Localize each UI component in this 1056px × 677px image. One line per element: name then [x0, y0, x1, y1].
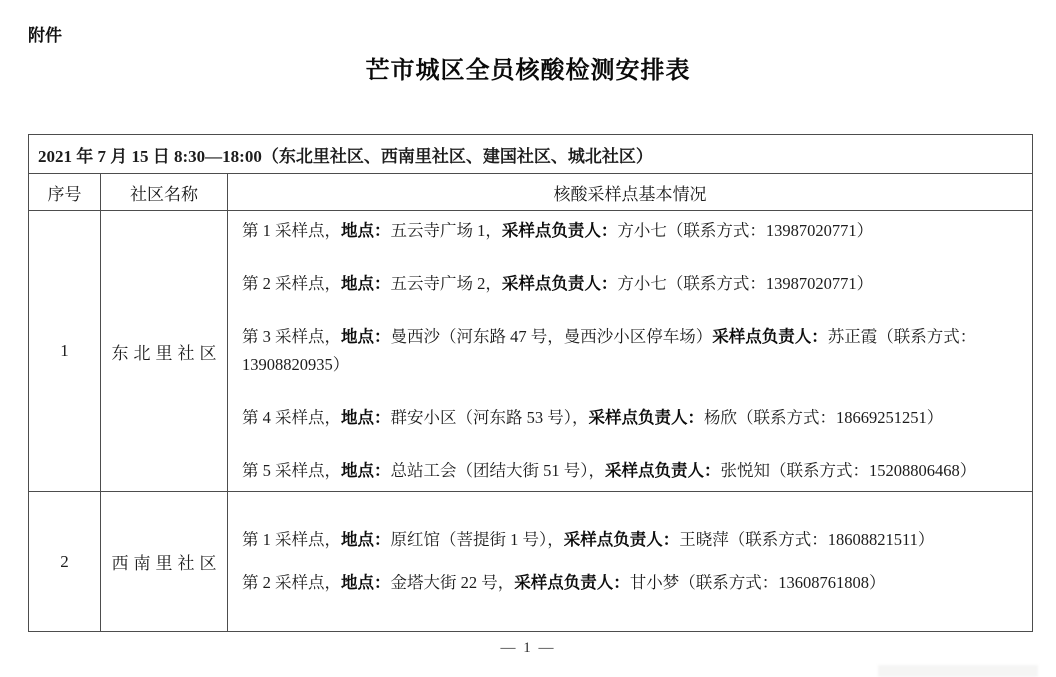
- field-value: 第 5 采样点，: [242, 461, 341, 480]
- sampling-point-line: 第 2 采样点，地点：金塔大街 22 号，采样点负责人：甘小梦（联系方式：136…: [242, 569, 1018, 597]
- column-header-index: 序号: [29, 174, 101, 211]
- field-value: 方小七（联系方式：13987020771）: [617, 221, 873, 240]
- row-index: 2: [29, 492, 101, 632]
- table-row: 2西南里社区第 1 采样点，地点：原红馆（菩提街 1 号），采样点负责人：王晓萍…: [29, 492, 1033, 632]
- field-value: 金塔大街 22 号，: [391, 573, 515, 592]
- field-value: 五云寺广场 1，: [391, 221, 502, 240]
- field-label: 采样点负责人：: [514, 573, 630, 592]
- table-body: 2021 年 7 月 15 日 8:30—18:00（东北里社区、西南里社区、建…: [29, 135, 1033, 632]
- schedule-table: 2021 年 7 月 15 日 8:30—18:00（东北里社区、西南里社区、建…: [28, 134, 1033, 632]
- field-value: 王晓萍（联系方式：18608821511）: [679, 530, 934, 549]
- field-label: 地点：: [341, 530, 391, 549]
- field-label: 采样点负责人：: [605, 461, 721, 480]
- field-value: 第 2 采样点，: [242, 274, 341, 293]
- community-name: 西南里社区: [101, 492, 228, 632]
- field-label: 地点：: [341, 408, 391, 427]
- field-value: 杨欣（联系方式：18669251251）: [704, 408, 943, 427]
- field-value: 第 3 采样点，: [242, 327, 341, 346]
- field-value: 第 2 采样点，: [242, 573, 341, 592]
- attachment-label: 附件: [28, 21, 62, 46]
- column-header-row: 序号 社区名称 核酸采样点基本情况: [29, 174, 1033, 211]
- sampling-point-line: 第 1 采样点，地点：原红馆（菩提街 1 号），采样点负责人：王晓萍（联系方式：…: [242, 526, 1018, 554]
- field-value: 总站工会（团结大街 51 号），: [391, 461, 606, 480]
- field-value: 原红馆（菩提街 1 号），: [391, 530, 564, 549]
- field-value: 张悦知（联系方式：15208806468）: [721, 461, 977, 480]
- field-value: 第 1 采样点，: [242, 530, 341, 549]
- field-value: 方小七（联系方式：13987020771）: [617, 274, 873, 293]
- field-value: 曼西沙（河东路 47 号，曼西沙小区停车场）: [391, 327, 713, 346]
- field-value: 第 4 采样点，: [242, 408, 341, 427]
- field-label: 采样点负责人：: [502, 274, 618, 293]
- sampling-points-cell: 第 1 采样点，地点：原红馆（菩提街 1 号），采样点负责人：王晓萍（联系方式：…: [228, 492, 1033, 632]
- sampling-point-line: 第 3 采样点，地点：曼西沙（河东路 47 号，曼西沙小区停车场）采样点负责人：…: [242, 323, 1018, 379]
- field-value: 群安小区（河东路 53 号），: [391, 408, 589, 427]
- field-value: 五云寺广场 2，: [391, 274, 502, 293]
- session-header: 2021 年 7 月 15 日 8:30—18:00（东北里社区、西南里社区、建…: [29, 135, 1033, 174]
- field-label: 采样点负责人：: [712, 327, 828, 346]
- session-header-row: 2021 年 7 月 15 日 8:30—18:00（东北里社区、西南里社区、建…: [29, 135, 1033, 174]
- sampling-point-line: 第 5 采样点，地点：总站工会（团结大街 51 号），采样点负责人：张悦知（联系…: [242, 457, 1018, 485]
- column-header-community: 社区名称: [101, 174, 228, 211]
- document-page: { "page": { "attachment_label": "附件", "t…: [0, 0, 1056, 677]
- sampling-points-list: 第 1 采样点，地点：原红馆（菩提街 1 号），采样点负责人：王晓萍（联系方式：…: [242, 526, 1018, 597]
- field-label: 地点：: [341, 573, 391, 592]
- page-title: 芒市城区全员核酸检测安排表: [0, 50, 1056, 85]
- field-label: 地点：: [341, 274, 391, 293]
- row-index: 1: [29, 211, 101, 492]
- faint-watermark: [878, 665, 1038, 677]
- sampling-points-list: 第 1 采样点，地点：五云寺广场 1，采样点负责人：方小七（联系方式：13987…: [242, 217, 1018, 485]
- community-name: 东北里社区: [101, 211, 228, 492]
- field-value: 甘小梦（联系方式：13608761808）: [630, 573, 886, 592]
- field-label: 地点：: [341, 461, 391, 480]
- sampling-point-line: 第 1 采样点，地点：五云寺广场 1，采样点负责人：方小七（联系方式：13987…: [242, 217, 1018, 245]
- field-label: 地点：: [341, 221, 391, 240]
- sampling-point-line: 第 2 采样点，地点：五云寺广场 2，采样点负责人：方小七（联系方式：13987…: [242, 270, 1018, 298]
- field-label: 地点：: [341, 327, 391, 346]
- field-label: 采样点负责人：: [502, 221, 618, 240]
- page-number: — 1 —: [0, 640, 1056, 657]
- sampling-points-cell: 第 1 采样点，地点：五云寺广场 1，采样点负责人：方小七（联系方式：13987…: [228, 211, 1033, 492]
- field-value: 第 1 采样点，: [242, 221, 341, 240]
- column-header-points: 核酸采样点基本情况: [228, 174, 1033, 211]
- sampling-point-line: 第 4 采样点，地点：群安小区（河东路 53 号），采样点负责人：杨欣（联系方式…: [242, 404, 1018, 432]
- field-label: 采样点负责人：: [589, 408, 705, 427]
- table-row: 1东北里社区第 1 采样点，地点：五云寺广场 1，采样点负责人：方小七（联系方式…: [29, 211, 1033, 492]
- field-label: 采样点负责人：: [564, 530, 680, 549]
